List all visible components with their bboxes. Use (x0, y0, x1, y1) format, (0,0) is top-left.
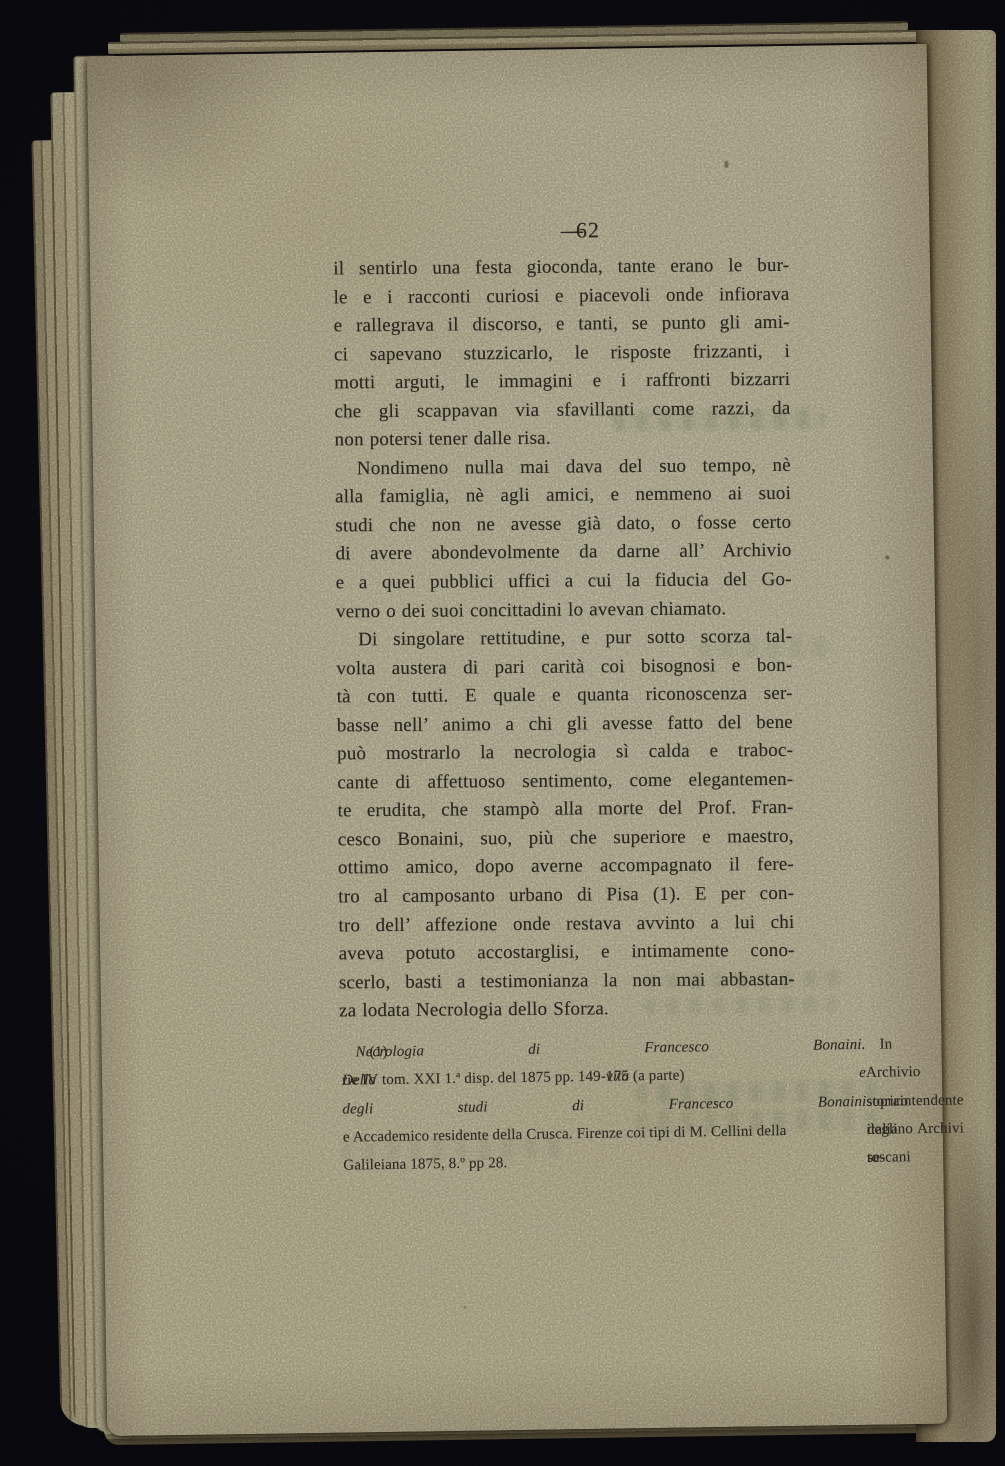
body-line: e rallegrava il discorso, e tanti, se pu… (334, 309, 790, 341)
body-line: basse nell’ animo a chi gli avesse fatto… (337, 709, 793, 741)
body-line: di avere abondevolmente da darne all’ Ar… (335, 537, 791, 569)
body-line: non potersi tener dalle risa. (335, 423, 791, 455)
body-line: il sentirlo una festa gioconda, tante er… (333, 252, 789, 284)
footnote: (1) Necrologia di Francesco Bonaini. In … (341, 1031, 867, 1180)
body-line: ottimo amico, dopo averne accompagnato i… (338, 851, 794, 883)
footnote-italic-segment: Necrologia di Francesco Bonaini. (355, 1037, 865, 1061)
body-line: studi che non ne avesse già dato, o foss… (335, 509, 791, 541)
body-line: tro dell’ affezione onde restava avvinto… (338, 908, 794, 940)
body-line: cesco Bonaini, suo, più che superiore e … (338, 823, 794, 855)
body-line: ci sapevano stuzzicarlo, le risposte fri… (334, 337, 790, 369)
footnote-segment: Galileiana 1875, 8.º pp 28. (343, 1149, 507, 1180)
body-line: cante di affettuoso sentimento, come ele… (337, 766, 793, 798)
page-number: —62— (333, 216, 789, 250)
body-line: aveva potuto accostarglisi, e intimament… (339, 937, 795, 969)
body-line: za lodata Necrologia dello Sforza. (339, 994, 795, 1026)
footnote-segment: sopraintendente degli Archivi toscani (866, 1086, 964, 1172)
footnote-segment: (1) (355, 1038, 387, 1067)
body-line: scerlo, basti a testimonianza la non mai… (339, 965, 795, 997)
body-text: il sentirlo una festa gioconda, tante er… (333, 252, 795, 1026)
body-line: che gli scappavan via sfavillanti come r… (334, 395, 790, 427)
body-line: Di singolare rettitudine, e pur sotto sc… (336, 623, 792, 655)
page-number-dash-right: — (561, 217, 584, 243)
body-line: volta austera di pari carità coi bisogno… (336, 651, 792, 683)
body-line: può mostrarlo la necrologia sì calda e t… (337, 737, 793, 769)
body-line: tà con tutti. E quale e quanta riconosce… (337, 680, 793, 712)
body-line: verno o dei suoi concittadini lo avevan … (336, 594, 792, 626)
body-line: e a quei pubblici uffici a cui la fiduci… (336, 566, 792, 598)
body-line: tro al camposanto urbano di Pisa (1). E … (338, 880, 794, 912)
book-page: —62— il sentirlo una festa gioconda, tan… (87, 44, 947, 1436)
body-line: motti arguti, le immagini e i raffronti … (334, 366, 790, 398)
body-line: Nondimeno nulla mai dava del suo tempo, … (335, 452, 791, 484)
scanned-book-photo: —62— il sentirlo una festa gioconda, tan… (0, 0, 1005, 1466)
footnote-italic-segment: degli studi di Francesco Bonaini (342, 1093, 866, 1117)
printed-area: —62— il sentirlo una festa gioconda, tan… (92, 47, 943, 1434)
footnote-segment: rie IV tom. XXI 1.ª disp. del 1875 pp. 1… (342, 1062, 685, 1095)
body-line: te erudita, che stampò alla morte del Pr… (337, 794, 793, 826)
body-line: le e i racconti curiosi e piacevoli onde… (333, 280, 789, 312)
body-line: alla famiglia, nè agli amici, e nemmeno … (335, 480, 791, 512)
